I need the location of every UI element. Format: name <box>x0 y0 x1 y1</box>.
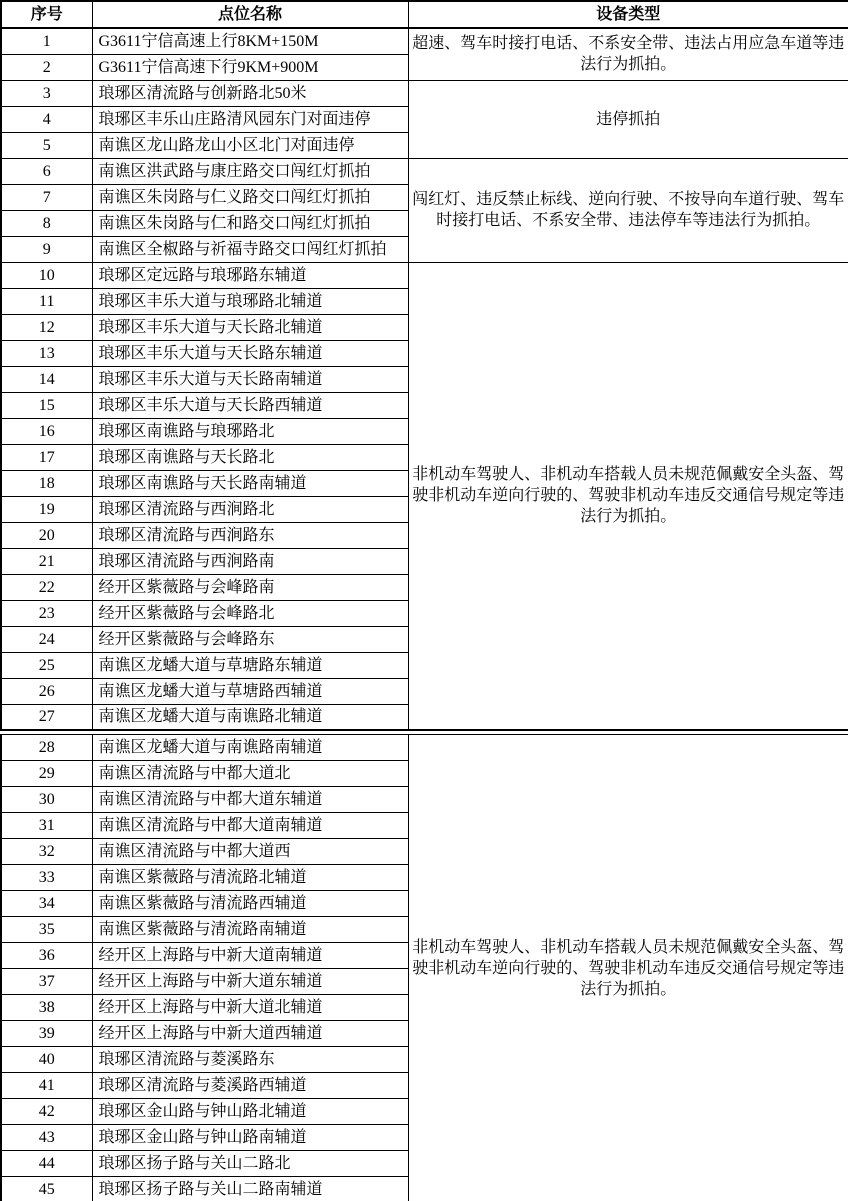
location-name-cell: 经开区紫薇路与会峰路东 <box>92 626 408 652</box>
location-name-cell: 琅琊区南谯路与天长路北 <box>92 444 408 470</box>
location-name-cell: 琅琊区定远路与琅琊路东辅道 <box>92 262 408 288</box>
row-index-cell: 36 <box>1 943 92 969</box>
row-index-cell: 4 <box>1 106 92 132</box>
location-name-cell: 南谯区龙山路龙山小区北门对面违停 <box>92 132 408 158</box>
location-name-cell: 经开区上海路与中新大道南辅道 <box>92 943 408 969</box>
row-index-cell: 37 <box>1 969 92 995</box>
table-row: 1G3611宁信高速上行8KM+150M超速、驾车时接打电话、不系安全带、违法占… <box>1 28 848 54</box>
location-name-cell: 南谯区朱岗路与仁义路交口闯红灯抓拍 <box>92 184 408 210</box>
location-name-cell: 南谯区龙蟠大道与草塘路西辅道 <box>92 678 408 704</box>
row-index-cell: 20 <box>1 522 92 548</box>
device-type-cell: 违停抓拍 <box>408 80 848 158</box>
row-index-cell: 10 <box>1 262 92 288</box>
location-name-cell: 琅琊区丰乐大道与琅琊路北辅道 <box>92 288 408 314</box>
row-index-cell: 24 <box>1 626 92 652</box>
location-name-cell: 琅琊区丰乐大道与天长路北辅道 <box>92 314 408 340</box>
location-name-cell: 琅琊区金山路与钟山路南辅道 <box>92 1125 408 1151</box>
device-type-cell: 闯红灯、违反禁止标线、逆向行驶、不按导向车道行驶、驾车时接打电话、不系安全带、违… <box>408 158 848 262</box>
location-name-cell: 南谯区紫薇路与清流路南辅道 <box>92 917 408 943</box>
row-index-cell: 18 <box>1 470 92 496</box>
location-name-cell: 南谯区清流路与中都大道南辅道 <box>92 813 408 839</box>
camera-table-part-1: 序号 点位名称 设备类型 1G3611宁信高速上行8KM+150M超速、驾车时接… <box>0 0 848 731</box>
device-type-cell: 非机动车驾驶人、非机动车搭载人员未规范佩戴安全头盔、驾驶非机动车逆向行驶的、驾驶… <box>408 262 848 730</box>
row-index-cell: 35 <box>1 917 92 943</box>
row-index-cell: 15 <box>1 392 92 418</box>
row-index-cell: 17 <box>1 444 92 470</box>
row-index-cell: 29 <box>1 761 92 787</box>
row-index-cell: 25 <box>1 652 92 678</box>
column-header-index: 序号 <box>1 1 92 28</box>
location-name-cell: G3611宁信高速下行9KM+900M <box>92 54 408 80</box>
location-name-cell: 琅琊区清流路与西涧路南 <box>92 548 408 574</box>
row-index-cell: 39 <box>1 1021 92 1047</box>
row-index-cell: 30 <box>1 787 92 813</box>
location-name-cell: 南谯区清流路与中都大道东辅道 <box>92 787 408 813</box>
device-type-cell: 超速、驾车时接打电话、不系安全带、违法占用应急车道等违法行为抓拍。 <box>408 28 848 80</box>
location-name-cell: 南谯区全椒路与祈福寺路交口闯红灯抓拍 <box>92 236 408 262</box>
table-row: 3琅琊区清流路与创新路北50米违停抓拍 <box>1 80 848 106</box>
location-name-cell: 琅琊区清流路与西涧路东 <box>92 522 408 548</box>
location-name-cell: 琅琊区扬子路与关山二路北 <box>92 1151 408 1177</box>
row-index-cell: 34 <box>1 891 92 917</box>
location-name-cell: 南谯区洪武路与康庄路交口闯红灯抓拍 <box>92 158 408 184</box>
row-index-cell: 12 <box>1 314 92 340</box>
location-name-cell: G3611宁信高速上行8KM+150M <box>92 28 408 54</box>
location-name-cell: 琅琊区金山路与钟山路北辅道 <box>92 1099 408 1125</box>
camera-table-part-2: 28南谯区龙蟠大道与南谯路南辅道非机动车驾驶人、非机动车搭载人员未规范佩戴安全头… <box>0 734 848 1201</box>
row-index-cell: 26 <box>1 678 92 704</box>
row-index-cell: 27 <box>1 704 92 730</box>
device-type-cell: 非机动车驾驶人、非机动车搭载人员未规范佩戴安全头盔、驾驶非机动车逆向行驶的、驾驶… <box>408 735 848 1201</box>
row-index-cell: 11 <box>1 288 92 314</box>
location-name-cell: 南谯区朱岗路与仁和路交口闯红灯抓拍 <box>92 210 408 236</box>
header-row: 序号 点位名称 设备类型 <box>1 1 848 28</box>
table-row: 6南谯区洪武路与康庄路交口闯红灯抓拍闯红灯、违反禁止标线、逆向行驶、不按导向车道… <box>1 158 848 184</box>
column-header-device-type: 设备类型 <box>408 1 848 28</box>
location-name-cell: 琅琊区南谯路与琅琊路北 <box>92 418 408 444</box>
row-index-cell: 31 <box>1 813 92 839</box>
location-name-cell: 琅琊区丰乐大道与天长路东辅道 <box>92 340 408 366</box>
row-index-cell: 23 <box>1 600 92 626</box>
location-name-cell: 南谯区龙蟠大道与草塘路东辅道 <box>92 652 408 678</box>
row-index-cell: 13 <box>1 340 92 366</box>
row-index-cell: 8 <box>1 210 92 236</box>
row-index-cell: 19 <box>1 496 92 522</box>
location-name-cell: 经开区紫薇路与会峰路南 <box>92 574 408 600</box>
location-name-cell: 琅琊区南谯路与天长路南辅道 <box>92 470 408 496</box>
location-name-cell: 南谯区龙蟠大道与南谯路北辅道 <box>92 704 408 730</box>
row-index-cell: 42 <box>1 1099 92 1125</box>
row-index-cell: 2 <box>1 54 92 80</box>
location-name-cell: 南谯区龙蟠大道与南谯路南辅道 <box>92 735 408 761</box>
row-index-cell: 22 <box>1 574 92 600</box>
row-index-cell: 6 <box>1 158 92 184</box>
location-name-cell: 琅琊区丰乐大道与天长路西辅道 <box>92 392 408 418</box>
location-name-cell: 经开区上海路与中新大道东辅道 <box>92 969 408 995</box>
location-name-cell: 南谯区紫薇路与清流路西辅道 <box>92 891 408 917</box>
location-name-cell: 琅琊区清流路与菱溪路东 <box>92 1047 408 1073</box>
table-row: 28南谯区龙蟠大道与南谯路南辅道非机动车驾驶人、非机动车搭载人员未规范佩戴安全头… <box>1 735 848 761</box>
row-index-cell: 38 <box>1 995 92 1021</box>
row-index-cell: 40 <box>1 1047 92 1073</box>
location-name-cell: 琅琊区清流路与西涧路北 <box>92 496 408 522</box>
row-index-cell: 33 <box>1 865 92 891</box>
location-name-cell: 经开区紫薇路与会峰路北 <box>92 600 408 626</box>
camera-location-table-page: 序号 点位名称 设备类型 1G3611宁信高速上行8KM+150M超速、驾车时接… <box>0 0 848 1201</box>
row-index-cell: 7 <box>1 184 92 210</box>
row-index-cell: 45 <box>1 1177 92 1201</box>
row-index-cell: 14 <box>1 366 92 392</box>
location-name-cell: 南谯区紫薇路与清流路北辅道 <box>92 865 408 891</box>
row-index-cell: 5 <box>1 132 92 158</box>
location-name-cell: 经开区上海路与中新大道西辅道 <box>92 1021 408 1047</box>
location-name-cell: 琅琊区丰乐大道与天长路南辅道 <box>92 366 408 392</box>
row-index-cell: 32 <box>1 839 92 865</box>
location-name-cell: 琅琊区丰乐山庄路清风园东门对面违停 <box>92 106 408 132</box>
row-index-cell: 9 <box>1 236 92 262</box>
row-index-cell: 28 <box>1 735 92 761</box>
location-name-cell: 南谯区清流路与中都大道西 <box>92 839 408 865</box>
row-index-cell: 3 <box>1 80 92 106</box>
location-name-cell: 南谯区清流路与中都大道北 <box>92 761 408 787</box>
row-index-cell: 43 <box>1 1125 92 1151</box>
column-header-location-name: 点位名称 <box>92 1 408 28</box>
row-index-cell: 44 <box>1 1151 92 1177</box>
table-row: 10琅琊区定远路与琅琊路东辅道非机动车驾驶人、非机动车搭载人员未规范佩戴安全头盔… <box>1 262 848 288</box>
row-index-cell: 1 <box>1 28 92 54</box>
row-index-cell: 21 <box>1 548 92 574</box>
row-index-cell: 41 <box>1 1073 92 1099</box>
location-name-cell: 琅琊区清流路与菱溪路西辅道 <box>92 1073 408 1099</box>
location-name-cell: 琅琊区清流路与创新路北50米 <box>92 80 408 106</box>
row-index-cell: 16 <box>1 418 92 444</box>
location-name-cell: 经开区上海路与中新大道北辅道 <box>92 995 408 1021</box>
location-name-cell: 琅琊区扬子路与关山二路南辅道 <box>92 1177 408 1201</box>
